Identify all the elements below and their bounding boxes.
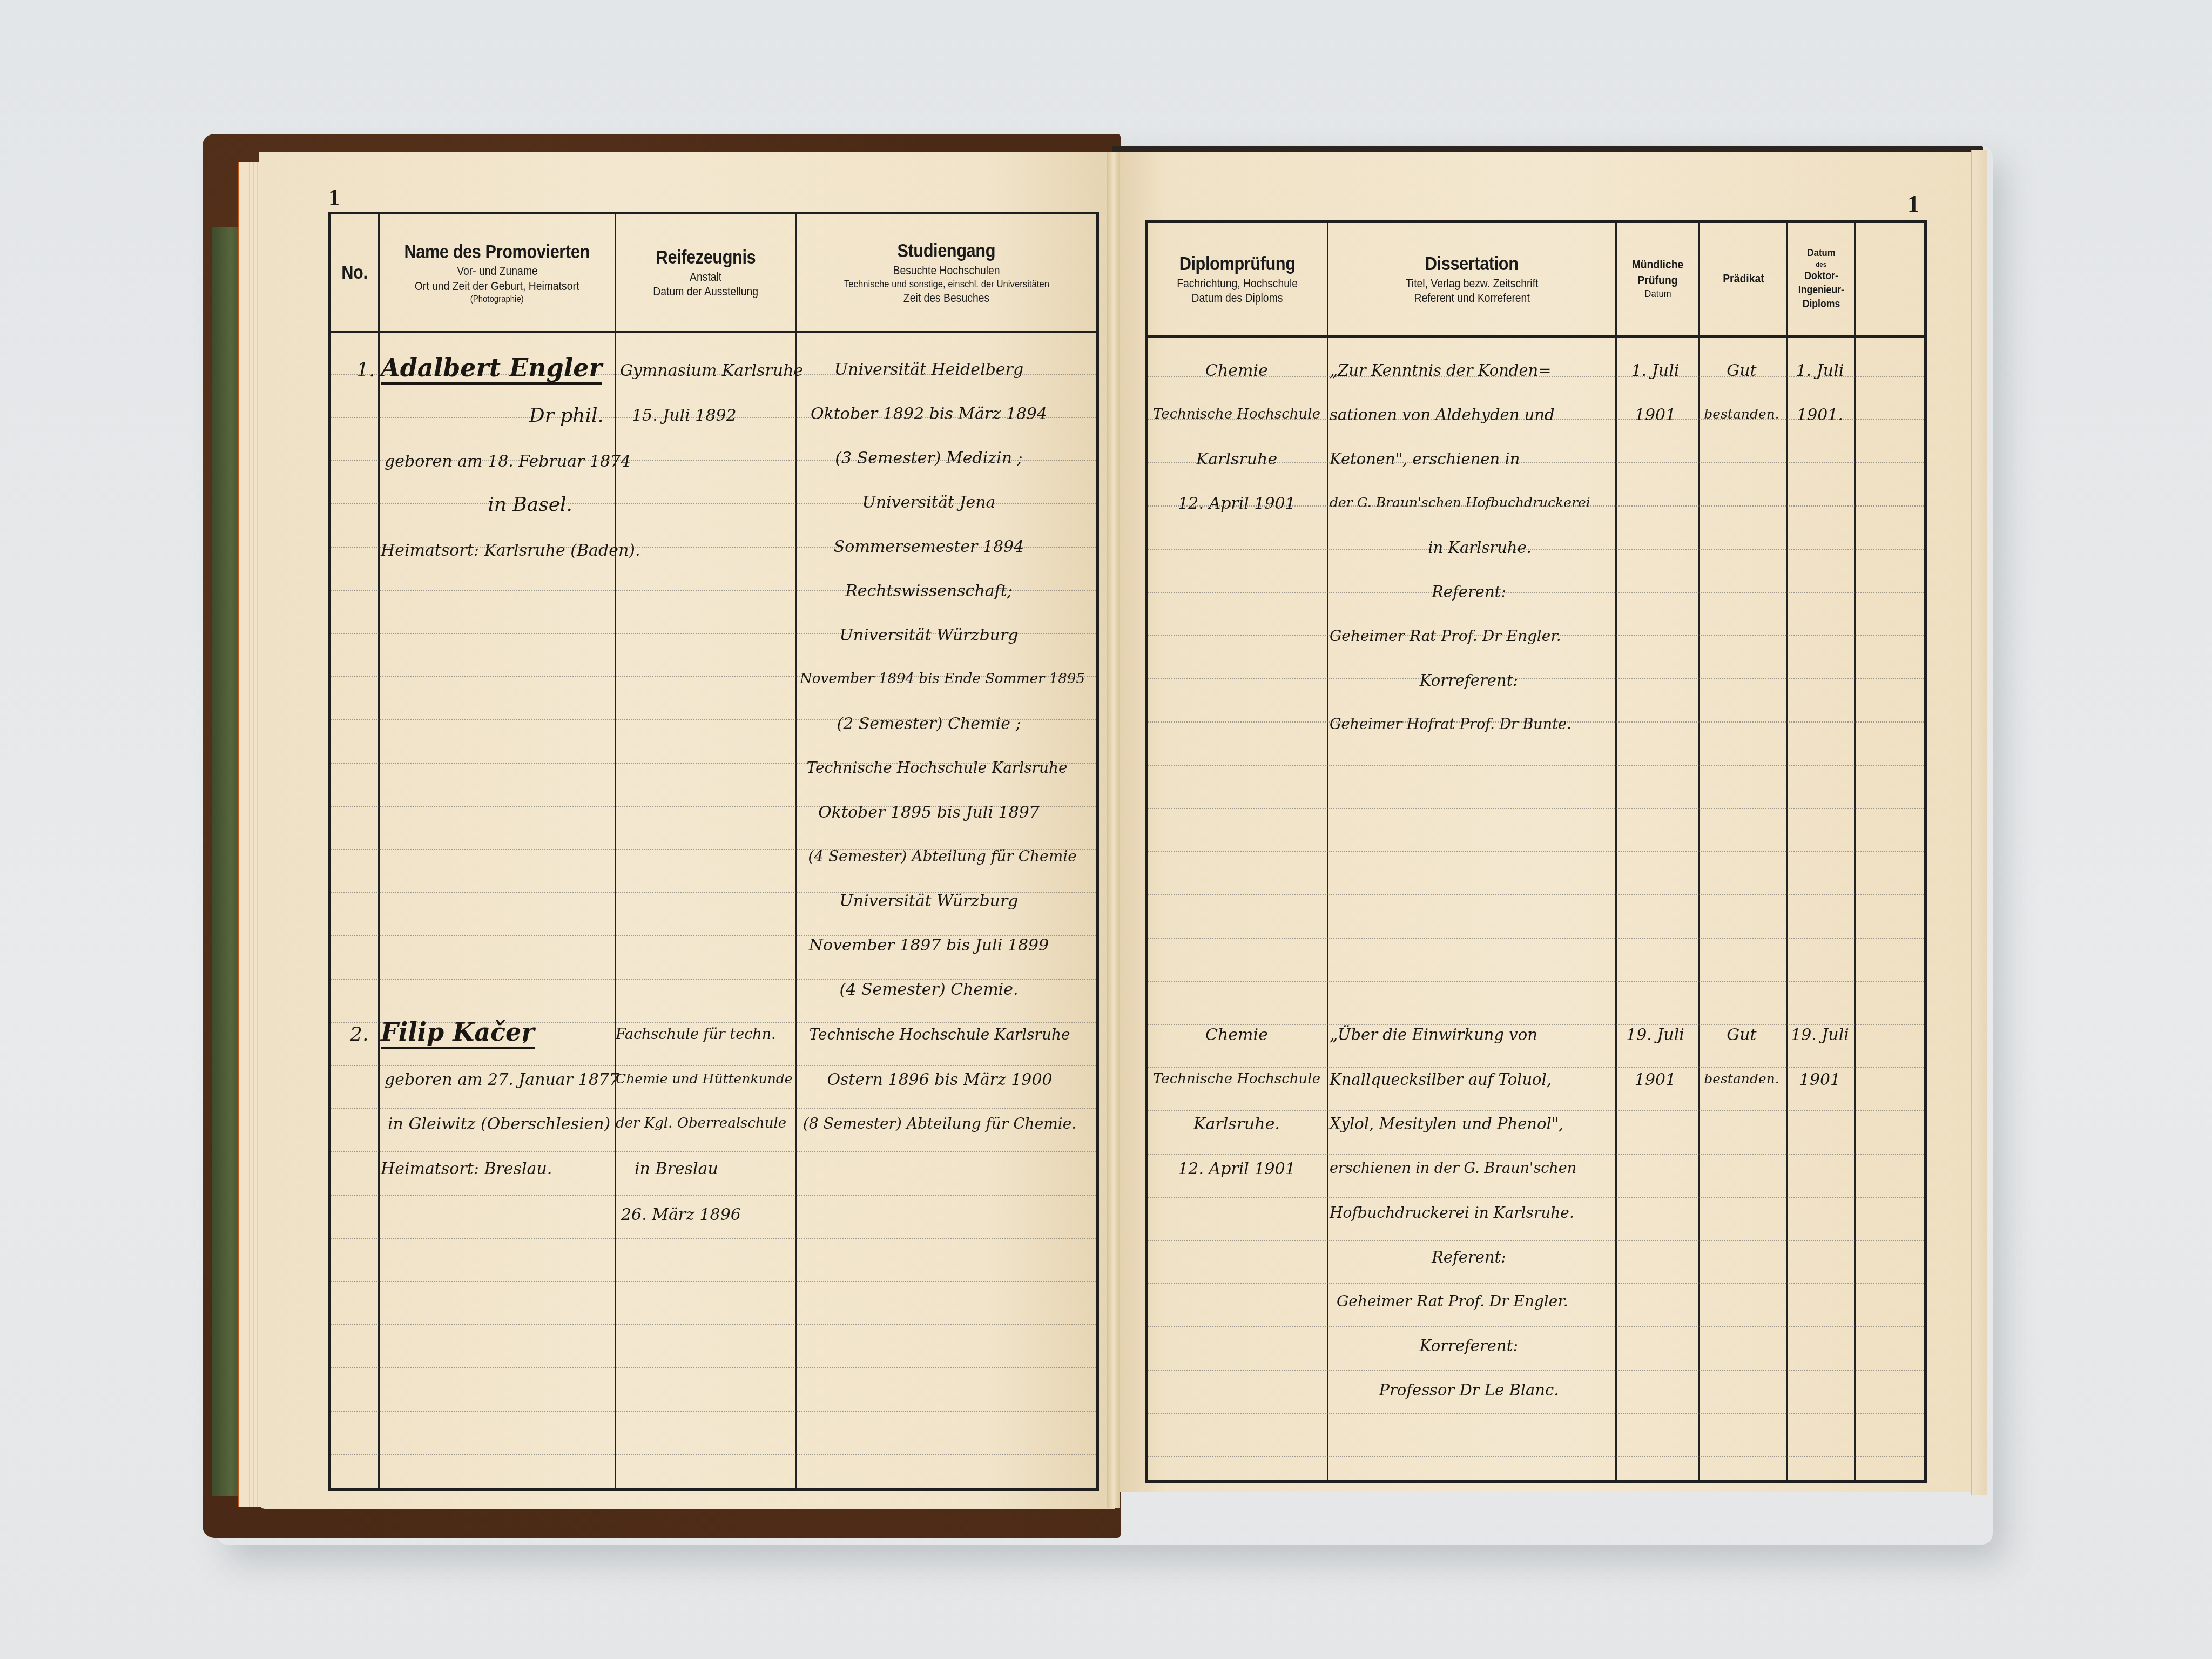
column-divider	[378, 214, 380, 1488]
header-title: Mündliche Prüfung	[1622, 257, 1694, 288]
muendliche-pruefung-date: 19. Juli	[1626, 1027, 1684, 1043]
studiengang-line: November 1897 bis Juli 1899	[809, 938, 1049, 954]
ruled-line	[1148, 1413, 1924, 1414]
entry-number: 1.	[356, 361, 375, 380]
ruled-line	[331, 1108, 1096, 1109]
muendliche-pruefung-year: 1901	[1635, 407, 1676, 423]
dissertation-line: sationen von Aldehyden und	[1330, 407, 1555, 423]
header-title: No.	[341, 261, 367, 285]
header-subtitle: Datum des Diploms	[1192, 291, 1283, 306]
right-page-number: 1	[1907, 190, 1919, 218]
header-title-part: Ingenieur-	[1798, 283, 1844, 297]
studiengang-line: (8 Semester) Abteilung für Chemie.	[803, 1116, 1076, 1131]
ruled-line	[1148, 549, 1924, 550]
header-title: Diplomprüfung	[1179, 252, 1296, 276]
column-divider	[795, 214, 797, 1488]
muendliche-pruefung-date: 1. Juli	[1631, 363, 1680, 379]
header-subtitle: Titel, Verlag bezw. Zeitschrift	[1406, 276, 1539, 291]
referent-label: Referent:	[1432, 1250, 1506, 1265]
reifezeugnis-school: Chemie und Hüttenkunde	[616, 1072, 793, 1085]
header-subtitle: Ort und Zeit der Geburt, Heimatsort	[415, 279, 579, 294]
header-name: Name des Promovierten Vor- und Zuname Or…	[380, 214, 615, 331]
header-subtitle: Zeit des Besuches	[903, 291, 989, 306]
header-subtitle: Technische und sonstige, einschl. der Un…	[844, 278, 1049, 291]
korreferent-label: Korreferent:	[1420, 673, 1518, 689]
studiengang-line: (4 Semester) Chemie.	[840, 982, 1019, 998]
header-subtitle: Fachrichtung, Hochschule	[1177, 276, 1298, 291]
header-title: Prädikat	[1723, 271, 1764, 287]
header-no: No.	[331, 214, 378, 331]
studiengang-line: Ostern 1896 bis März 1900	[827, 1072, 1052, 1088]
ruled-line	[1148, 1154, 1924, 1155]
header-studiengang: Studiengang Besuchte Hochschulen Technis…	[797, 214, 1096, 331]
ruled-line	[331, 1454, 1096, 1455]
reifezeugnis-date: 15. Juli 1892	[632, 408, 737, 424]
dissertation-line: erschienen in der G. Braun'schen	[1330, 1161, 1576, 1176]
ruled-line	[331, 1065, 1096, 1066]
dissertation-line: in Karlsruhe.	[1428, 540, 1532, 556]
korreferent-label: Korreferent:	[1420, 1338, 1518, 1354]
ruled-line	[331, 1324, 1096, 1325]
dissertation-line: der G. Braun'schen Hofbuchdruckerei	[1330, 496, 1590, 509]
book-cover-top-edge	[1112, 146, 1983, 152]
ruled-line	[1148, 1456, 1924, 1457]
header-reifezeugnis: Reifezeugnis Anstalt Datum der Ausstellu…	[616, 214, 795, 331]
studiengang-line: Rechtswissenschaft;	[845, 583, 1013, 599]
referent-label: Referent:	[1432, 584, 1506, 600]
birth-place: in Basel.	[488, 495, 572, 515]
ruled-line	[1148, 1067, 1924, 1068]
column-divider	[615, 214, 616, 1488]
reifezeugnis-school: Fachschule für techn.	[616, 1027, 776, 1042]
praedikat-result: bestanden.	[1704, 407, 1779, 421]
header-muendliche-pruefung: Mündliche Prüfung Datum	[1617, 223, 1698, 335]
diplom-datum: 12. April 1901	[1178, 496, 1296, 512]
ruled-line	[1148, 765, 1924, 766]
header-subtitle: Datum der Ausstellung	[653, 284, 758, 299]
dissertation-line: Knallquecksilber auf Toluol,	[1330, 1072, 1552, 1088]
left-page-number: 1	[328, 184, 340, 211]
referent-name: Geheimer Rat Prof. Dr Engler.	[1337, 1294, 1568, 1309]
header-diplom-datum: Datum des Doktor- Ingenieur- Diploms	[1788, 223, 1854, 335]
doktor-diplom-date: 19. Juli	[1791, 1027, 1849, 1043]
korreferent-name: Professor Dr Le Blanc.	[1379, 1382, 1559, 1398]
ruled-line	[1148, 1024, 1924, 1025]
studiengang-line: Technische Hochschule Karlsruhe	[806, 760, 1067, 775]
header-dissertation: Dissertation Titel, Verlag bezw. Zeitsch…	[1328, 223, 1615, 335]
reifezeugnis-city: in Breslau	[635, 1161, 718, 1177]
ruled-line	[331, 1195, 1096, 1196]
ruled-line	[1148, 1197, 1924, 1198]
korreferent-name: Geheimer Hofrat Prof. Dr Bunte.	[1330, 717, 1572, 732]
academic-title: Dr phil.	[529, 406, 604, 426]
praedikat-grade: Gut	[1727, 363, 1756, 379]
header-title: Studiengang	[898, 239, 996, 263]
ruled-line	[1148, 894, 1924, 895]
muendliche-pruefung-year: 1901	[1635, 1072, 1676, 1088]
page-block-right-edge	[1971, 150, 1987, 1495]
reifezeugnis-date: 26. März 1896	[621, 1207, 741, 1223]
diplom-fachrichtung: Chemie	[1205, 1027, 1268, 1043]
header-subtitle: (Photographie)	[470, 293, 524, 305]
birth-date: geboren am 18. Februar 1874	[385, 454, 631, 470]
header-subtitle: Besuchte Hochschulen	[893, 263, 1000, 278]
studiengang-line: (3 Semester) Medizin ;	[835, 450, 1022, 467]
studiengang-line: Oktober 1895 bis Juli 1897	[818, 805, 1040, 821]
diplom-ort: Karlsruhe	[1196, 451, 1277, 468]
header-title: Name des Promovierten	[404, 240, 590, 264]
studiengang-line: Oktober 1892 bis März 1894	[811, 406, 1047, 422]
dissertation-line: „Über die Einwirkung von	[1330, 1027, 1537, 1043]
reifezeugnis-school: Gymnasium Karlsruhe	[620, 363, 803, 379]
studiengang-line: November 1894 bis Ende Sommer 1895	[800, 672, 1085, 686]
studiengang-line: Universität Jena	[862, 495, 996, 511]
header-title-part: Doktor-	[1804, 269, 1838, 283]
studiengang-line: Universität Heidelberg	[834, 362, 1023, 378]
header-title-part: des	[1816, 260, 1827, 269]
dissertation-line: Xylol, Mesitylen und Phenol",	[1330, 1116, 1563, 1132]
entry-number: 2.	[350, 1025, 368, 1044]
studiengang-line: Sommersemester 1894	[834, 539, 1024, 555]
name-comma: ,	[523, 1025, 529, 1044]
dissertation-line: Hofbuchdruckerei in Karlsruhe.	[1330, 1205, 1574, 1220]
studiengang-line: Universität Würzburg	[840, 893, 1019, 909]
header-title: Dissertation	[1425, 252, 1519, 276]
studiengang-line: Universität Würzburg	[840, 628, 1019, 644]
ruled-line	[1148, 981, 1924, 982]
birth-place: in Gleiwitz (Oberschlesien)	[388, 1116, 610, 1132]
diplom-ort: Karlsruhe.	[1193, 1116, 1280, 1132]
promovend-name: Filip Kačer	[381, 1020, 535, 1049]
ruled-line	[1148, 1110, 1924, 1111]
header-blank	[1856, 223, 1924, 335]
ruled-line	[331, 1281, 1096, 1282]
diplom-hochschule: Technische Hochschule	[1153, 407, 1320, 421]
praedikat-grade: Gut	[1727, 1027, 1756, 1043]
diplom-fachrichtung: Chemie	[1205, 363, 1268, 379]
header-subtitle: Datum	[1644, 288, 1671, 301]
header-subtitle: Anstalt	[690, 269, 721, 285]
ruled-line	[1148, 808, 1924, 809]
doktor-diplom-year: 1901	[1799, 1072, 1840, 1088]
ruled-line	[1148, 1326, 1924, 1327]
header-praedikat: Prädikat	[1700, 223, 1786, 335]
header-title-part: Diploms	[1803, 297, 1840, 311]
promovend-name: Adalbert Engler	[381, 355, 602, 385]
ruled-line	[1148, 592, 1924, 593]
header-title: Reifezeugnis	[656, 246, 756, 269]
dissertation-line: „Zur Kenntnis der Konden=	[1330, 363, 1552, 379]
ruled-line	[331, 1411, 1096, 1412]
ruled-line	[1148, 1283, 1924, 1284]
diplom-hochschule: Technische Hochschule	[1153, 1072, 1320, 1086]
studiengang-line: (2 Semester) Chemie ;	[837, 716, 1021, 732]
header-subtitle: Vor- und Zuname	[457, 264, 538, 279]
dissertation-line: Ketonen", erschienen in	[1330, 451, 1520, 467]
book-gutter	[1107, 152, 1120, 1508]
header-rule	[331, 331, 1096, 333]
studiengang-line: Technische Hochschule Karlsruhe	[809, 1027, 1070, 1042]
ruled-line	[331, 1367, 1096, 1368]
birth-date: geboren am 27. Januar 1877	[385, 1072, 619, 1088]
header-title-part: Datum	[1807, 247, 1835, 260]
doktor-diplom-year: 1901.	[1797, 407, 1843, 423]
diplom-datum: 12. April 1901	[1178, 1161, 1296, 1177]
ruled-line	[1148, 851, 1924, 852]
ruled-line	[331, 979, 1096, 980]
ruled-line	[1148, 1370, 1924, 1371]
reifezeugnis-school: der Kgl. Oberrealschule	[616, 1116, 786, 1130]
doktor-diplom-date: 1. Juli	[1796, 363, 1844, 379]
ruled-line	[1148, 678, 1924, 679]
ruled-line	[1148, 1240, 1924, 1241]
header-rule	[1148, 335, 1924, 338]
heimatsort: Heimatsort: Breslau.	[381, 1161, 552, 1177]
ruled-line	[331, 1151, 1096, 1152]
ruled-line	[331, 1238, 1096, 1239]
studiengang-line: (4 Semester) Abteilung für Chemie	[808, 849, 1076, 864]
referent-name: Geheimer Rat Prof. Dr Engler.	[1330, 629, 1561, 644]
header-diplompruefung: Diplomprüfung Fachrichtung, Hochschule D…	[1148, 223, 1327, 335]
praedikat-result: bestanden.	[1704, 1072, 1779, 1085]
header-subtitle: Referent und Korreferent	[1414, 291, 1529, 306]
ruled-line	[1148, 938, 1924, 939]
heimatsort: Heimatsort: Karlsruhe (Baden).	[381, 543, 640, 559]
